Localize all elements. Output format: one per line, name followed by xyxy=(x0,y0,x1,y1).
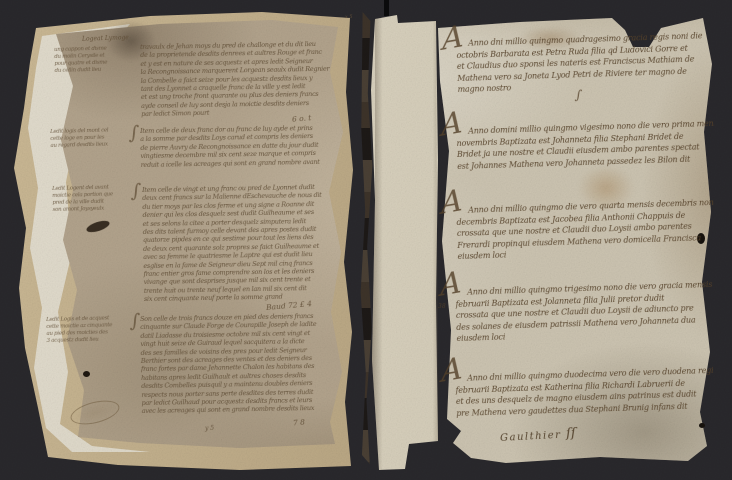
sum-annotation-4: 7 8 xyxy=(293,417,306,427)
sum-annotation-1: 6 o. t xyxy=(292,113,312,124)
marginal-doodle: ∫ xyxy=(574,88,582,104)
folio-corner-mark: x 5 xyxy=(345,14,353,20)
left-paragraph-3: Item celle de vingt et ung franc ou pred… xyxy=(142,182,354,303)
baptism-entry-4: Anno dni millio quingmo trigesimo nono d… xyxy=(455,279,715,345)
wormhole xyxy=(83,371,90,377)
signature-flourish: ſſ xyxy=(566,426,576,441)
left-margin-note-3: Ledit Logent del avantmoictie cela porti… xyxy=(52,183,149,214)
signature-name: Gaulthier xyxy=(500,430,562,444)
left-footer-mark: y 5 xyxy=(205,425,214,432)
left-margin-note-1: ung cappon et dismedu molin Cerysile etp… xyxy=(54,44,151,75)
binding-spine-remnant xyxy=(360,12,373,464)
baptism-entry-3: Anno dni millio quingmo die vero quarta … xyxy=(456,197,716,263)
spine-gap-slit xyxy=(384,0,389,16)
baptism-entry-1: Anno dni millio quingmo quadragesimo gra… xyxy=(456,30,716,96)
entry-side-mark: 38 xyxy=(438,303,446,310)
left-paragraph-1: travaulx de Jehan moys du pred de challo… xyxy=(140,39,351,118)
left-margin-note-2: Ledit logis del mont celcette loge en po… xyxy=(50,126,147,150)
wormhole xyxy=(699,423,705,428)
manuscript-scan-canvas: x 5 Logeat Lymoge ung cappon et dismedu … xyxy=(0,0,732,480)
guard-strip-shading xyxy=(372,15,438,470)
baptism-entry-5: Anno dni millio quingmo duodecima vero d… xyxy=(455,365,714,419)
left-margin-note-4: Ledit Logis et de acquestcette moictie a… xyxy=(46,314,143,345)
baptism-entry-2: Anno domini millio quingmo vigesimo nono… xyxy=(456,118,715,172)
left-paragraph-4: Son celle de trois francs douze en pied … xyxy=(140,311,352,416)
left-paragraph-2: Item celle de deux franc dor au franc de… xyxy=(140,123,351,169)
